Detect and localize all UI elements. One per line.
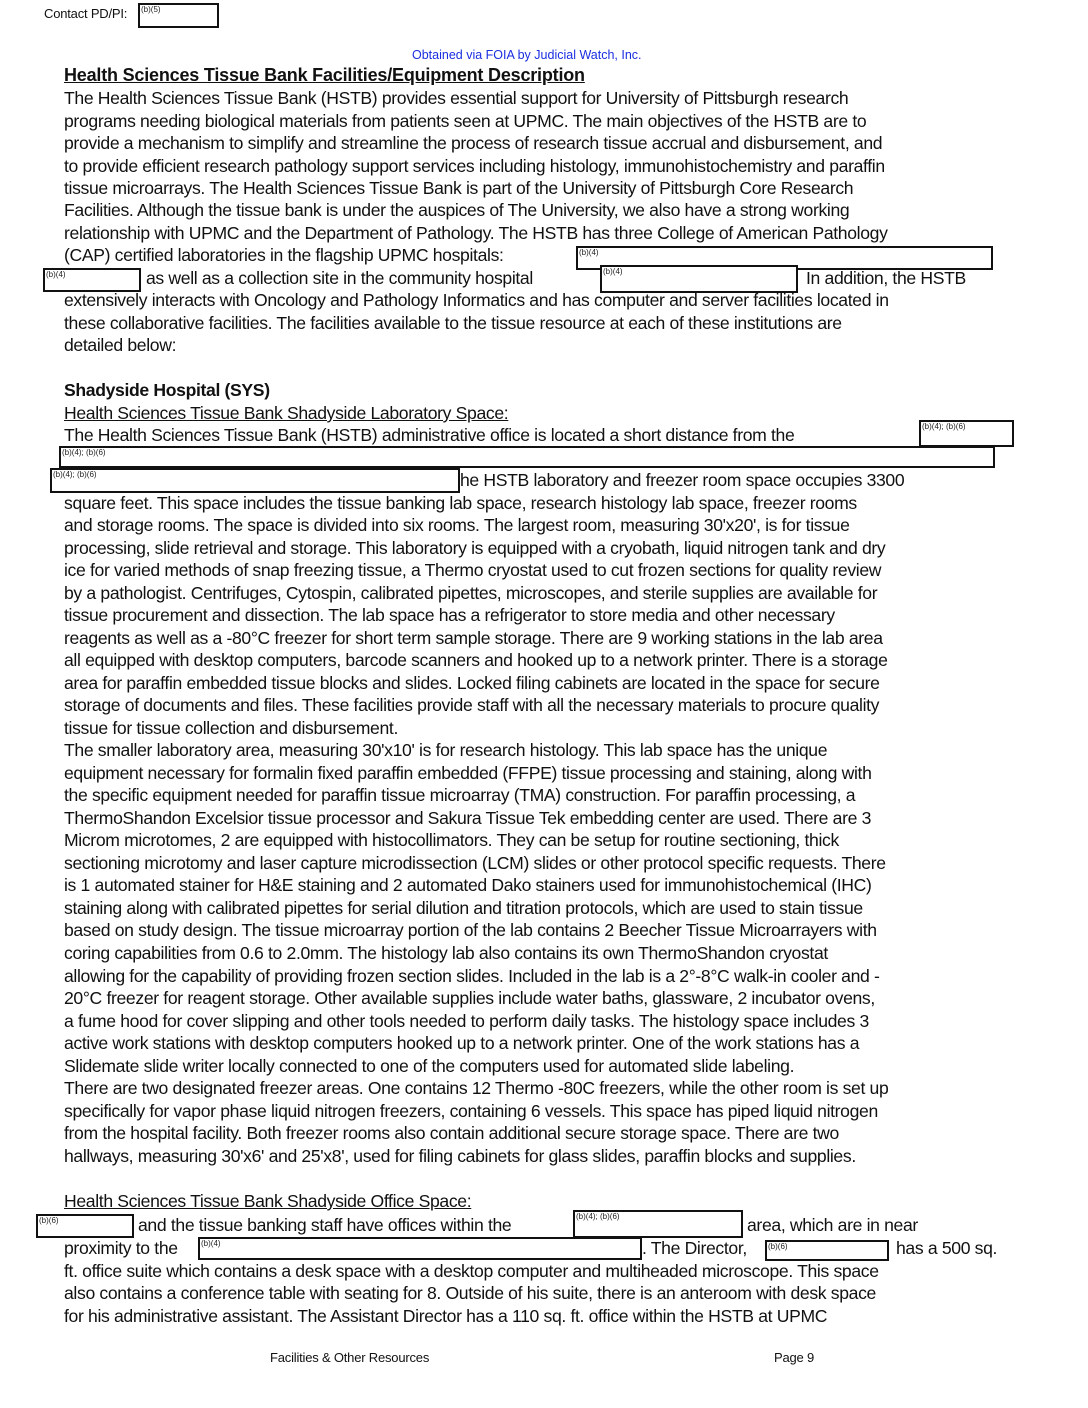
- paragraph-line: Microm microtomes, 2 are equipped with h…: [64, 829, 839, 851]
- paragraph-line: In addition, the HSTB: [806, 267, 966, 289]
- paragraph-line: Slidemate slide writer locally connected…: [64, 1055, 794, 1077]
- paragraph-line: . The Director,: [642, 1237, 747, 1259]
- redaction-box: (b)(5): [138, 3, 219, 28]
- paragraph-line: sectioning microtomy and laser capture m…: [64, 852, 886, 874]
- redaction-box: (b)(6): [765, 1240, 889, 1261]
- paragraph-line: these collaborative facilities. The faci…: [64, 312, 842, 334]
- paragraph-line: all equipped with desktop computers, bar…: [64, 649, 888, 671]
- paragraph-line: The Health Sciences Tissue Bank (HSTB) p…: [64, 87, 848, 109]
- paragraph-line: (CAP) certified laboratories in the flag…: [64, 244, 504, 266]
- redaction-box: (b)(4); (b)(6): [573, 1210, 743, 1238]
- paragraph-line: area, which are in near: [747, 1214, 918, 1236]
- paragraph-line: and storage rooms. The space is divided …: [64, 514, 850, 536]
- paragraph-line: ft. office suite which contains a desk s…: [64, 1260, 879, 1282]
- paragraph-line: is 1 automated stainer for H&E staining …: [64, 874, 872, 896]
- page-number: Page 9: [774, 1350, 814, 1365]
- paragraph-line: programs needing biological materials fr…: [64, 110, 866, 132]
- paragraph-line: for his administrative assistant. The As…: [64, 1305, 827, 1327]
- paragraph-line: area for paraffin embedded tissue blocks…: [64, 672, 880, 694]
- paragraph-line: from the hospital facility. Both freezer…: [64, 1122, 839, 1144]
- paragraph-line: by a pathologist. Centrifuges, Cytospin,…: [64, 582, 877, 604]
- redaction-box: (b)(4): [198, 1237, 642, 1260]
- paragraph-line: coring capabilities from 0.6 to 2.0mm. T…: [64, 942, 828, 964]
- paragraph-line: square feet. This space includes the tis…: [64, 492, 857, 514]
- paragraph-line: detailed below:: [64, 334, 176, 356]
- paragraph-line: tissue procurement and dissection. The l…: [64, 604, 835, 626]
- paragraph-line: staining along with calibrated pipettes …: [64, 897, 863, 919]
- paragraph-line: provide a mechanism to simplify and stre…: [64, 132, 882, 154]
- document-title: Health Sciences Tissue Bank Facilities/E…: [64, 64, 585, 86]
- paragraph-line: The Health Sciences Tissue Bank (HSTB) a…: [64, 424, 794, 446]
- paragraph-line: a fume hood for cover slipping and other…: [64, 1010, 869, 1032]
- paragraph-line: based on study design. The tissue microa…: [64, 919, 877, 941]
- redaction-box: (b)(6): [36, 1214, 134, 1238]
- paragraph-line: reagents as well as a -80°C freezer for …: [64, 627, 883, 649]
- paragraph-line: ice for varied methods of snap freezing …: [64, 559, 881, 581]
- paragraph-line: the specific equipment needed for paraff…: [64, 784, 855, 806]
- paragraph-line: as well as a collection site in the comm…: [146, 267, 533, 289]
- paragraph-line: and the tissue banking staff have office…: [138, 1214, 511, 1236]
- paragraph-line: There are two designated freezer areas. …: [64, 1077, 888, 1099]
- paragraph-line: extensively interacts with Oncology and …: [64, 289, 889, 311]
- paragraph-line: hallways, measuring 30'x6' and 25'x8', u…: [64, 1145, 856, 1167]
- paragraph-line: Facilities. Although the tissue bank is …: [64, 199, 849, 221]
- paragraph-line: allowing for the capability of providing…: [64, 965, 880, 987]
- subsection-heading: Health Sciences Tissue Bank Shadyside La…: [64, 402, 508, 424]
- section-heading: Shadyside Hospital (SYS): [64, 379, 270, 401]
- paragraph-line: ThermoShandon Excelsior tissue processor…: [64, 807, 871, 829]
- paragraph-line: proximity to the: [64, 1237, 178, 1259]
- paragraph-line: processing, slide retrieval and storage.…: [64, 537, 885, 559]
- paragraph-line: relationship with UPMC and the Departmen…: [64, 222, 888, 244]
- paragraph-line: has a 500 sq.: [896, 1237, 997, 1259]
- paragraph-line: he HSTB laboratory and freezer room spac…: [460, 469, 904, 491]
- redaction-box: (b)(4); (b)(6): [50, 468, 460, 493]
- paragraph-line: active work stations with desktop comput…: [64, 1032, 859, 1054]
- paragraph-line: The smaller laboratory area, measuring 3…: [64, 739, 827, 761]
- paragraph-line: specifically for vapor phase liquid nitr…: [64, 1100, 878, 1122]
- redaction-box: (b)(4); (b)(6): [59, 446, 995, 468]
- subsection-heading: Health Sciences Tissue Bank Shadyside Of…: [64, 1190, 471, 1212]
- foia-notice: Obtained via FOIA by Judicial Watch, Inc…: [412, 48, 642, 62]
- paragraph-line: storage of documents and files. These fa…: [64, 694, 879, 716]
- contact-pdpi-label: Contact PD/PI:: [44, 6, 127, 21]
- paragraph-line: tissue for tissue collection and disburs…: [64, 717, 398, 739]
- paragraph-line: also contains a conference table with se…: [64, 1282, 876, 1304]
- paragraph-line: 20°C freezer for reagent storage. Other …: [64, 987, 875, 1009]
- redaction-box: (b)(4); (b)(6): [919, 420, 1014, 447]
- footer-section-label: Facilities & Other Resources: [270, 1350, 429, 1365]
- paragraph-line: tissue microarrays. The Health Sciences …: [64, 177, 853, 199]
- paragraph-line: to provide efficient research pathology …: [64, 155, 885, 177]
- paragraph-line: equipment necessary for formalin fixed p…: [64, 762, 872, 784]
